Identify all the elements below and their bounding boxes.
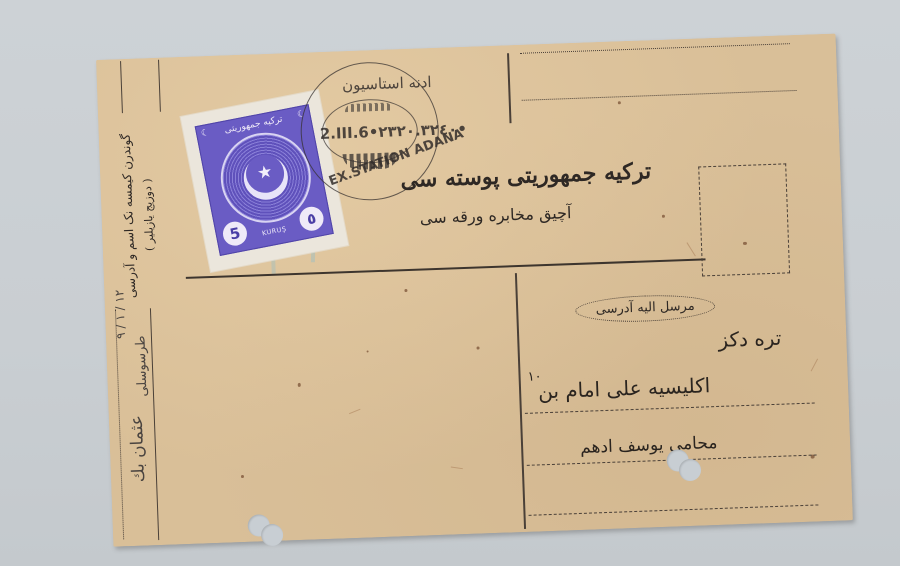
stamp-currency: KURUŞ bbox=[251, 223, 298, 240]
paper-speck bbox=[404, 289, 407, 292]
paper-speck bbox=[476, 346, 479, 349]
paper-fiber bbox=[811, 359, 818, 372]
sender-label-note: ( دوزیج یازیلیر ) bbox=[139, 140, 157, 290]
address-line-1: تره دکز bbox=[718, 326, 782, 352]
stamp-placeholder-box bbox=[698, 163, 790, 276]
paper-speck bbox=[367, 350, 369, 352]
vertical-divider bbox=[515, 273, 526, 529]
paper-speck bbox=[618, 101, 621, 104]
address-rule-3 bbox=[529, 504, 819, 515]
star-icon: ★ bbox=[254, 162, 275, 183]
stamp-value-latin: 5 bbox=[221, 220, 249, 248]
punch-hole bbox=[679, 459, 702, 482]
top-left-tick bbox=[158, 60, 161, 112]
address-line-2: اکلیسیه علی امام بن bbox=[538, 373, 711, 403]
postmark-top-text: ادنه استاسیون bbox=[342, 73, 432, 94]
card-header-title: ترکیه جمهوریتی پوسته سی bbox=[400, 158, 652, 193]
address-rule-1 bbox=[525, 403, 815, 414]
vertical-divider-top bbox=[507, 53, 512, 123]
recipient-address-label: مرسل الیه آدرسی bbox=[575, 293, 716, 324]
paper-fiber bbox=[451, 467, 463, 470]
card-header-subtitle: آچیق مخابره ورقه سی bbox=[420, 203, 572, 227]
paper-speck bbox=[241, 475, 244, 478]
address-line-3: محامی یوسف ادهم bbox=[580, 433, 718, 458]
paper-speck bbox=[662, 215, 665, 218]
stamp-value-arabic: ٥ bbox=[297, 205, 325, 233]
paper-speck bbox=[298, 383, 301, 387]
paper-fiber bbox=[349, 409, 360, 414]
top-right-line-2 bbox=[522, 90, 797, 101]
top-right-line bbox=[520, 43, 790, 54]
punch-hole bbox=[261, 524, 284, 547]
paper-fiber bbox=[686, 242, 695, 256]
postcard: گوندرن کیمسه نک اسم و آدرسی ( دوزیج یازی… bbox=[96, 34, 853, 547]
top-left-tick bbox=[120, 61, 123, 113]
